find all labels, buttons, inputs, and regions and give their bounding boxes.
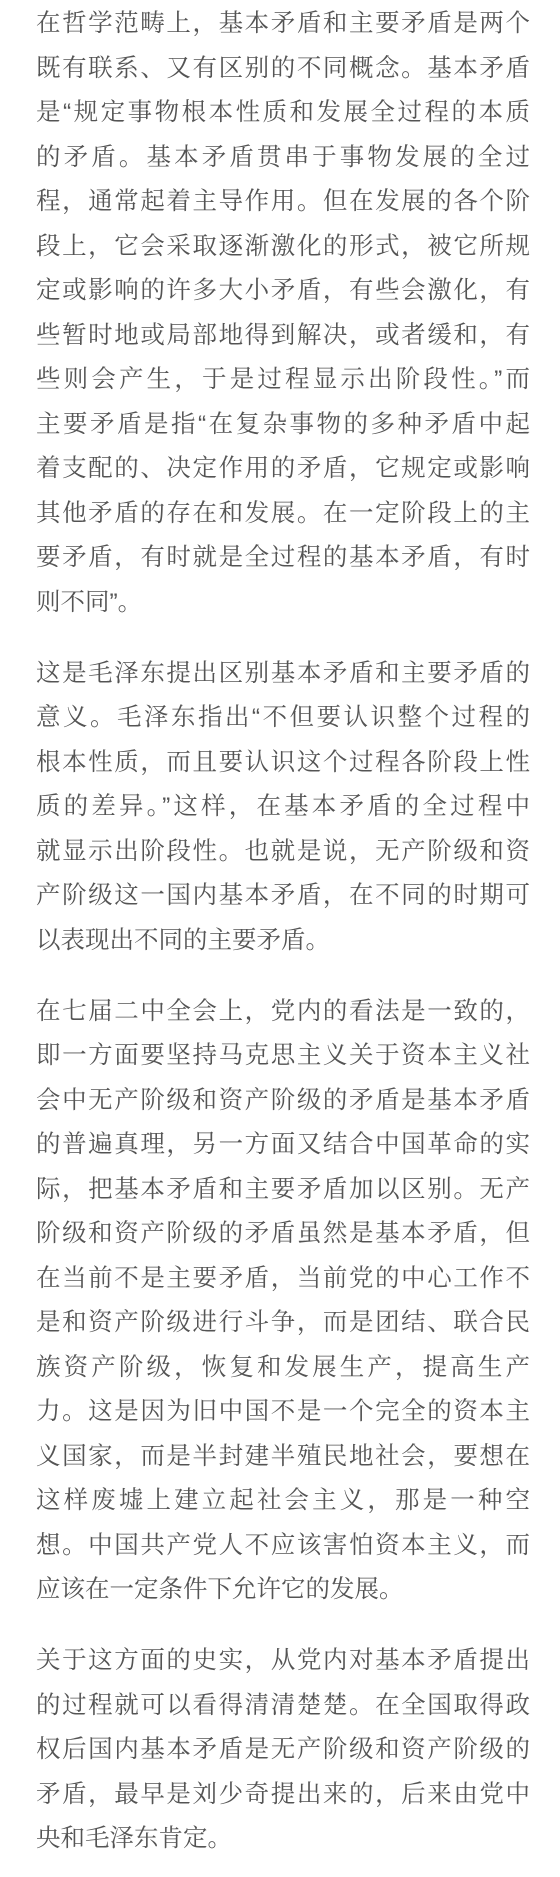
article-body: 在哲学范畴上，基本矛盾和主要矛盾是两个既有联系、又有区别的不同概念。基本矛盾是“… — [0, 0, 560, 1862]
text-line: 要矛盾，有时就是全过程的基本矛盾，有时 — [36, 536, 530, 581]
text-line: 在七届二中全会上，党内的看法是一致的， — [36, 990, 530, 1035]
text-line: 在哲学范畴上，基本矛盾和主要矛盾是两个 — [36, 2, 530, 47]
paragraph: 关于这方面的史实，从党内对基本矛盾提出的过程就可以看得清清楚楚。在全国取得政权后… — [36, 1639, 530, 1862]
text-line: 其他矛盾的存在和发展。在一定阶段上的主 — [36, 492, 530, 537]
text-line: 是和资产阶级进行斗争，而是团结、联合民 — [36, 1301, 530, 1346]
paragraph: 这是毛泽东提出区别基本矛盾和主要矛盾的意义。毛泽东指出“不但要认识整个过程的根本… — [36, 652, 530, 964]
text-line: 义国家，而是半封建半殖民地社会，要想在 — [36, 1435, 530, 1480]
text-line: 质的差异。”这样，在基本矛盾的全过程中 — [36, 785, 530, 830]
text-line: 是“规定事物根本性质和发展全过程的本质 — [36, 91, 530, 136]
text-line: 就显示出阶段性。也就是说，无产阶级和资 — [36, 830, 530, 875]
text-line: 主要矛盾是指“在复杂事物的多种矛盾中起 — [36, 403, 530, 448]
text-line: 以表现出不同的主要矛盾。 — [36, 919, 530, 964]
text-line: 族资产阶级，恢复和发展生产，提高生产 — [36, 1346, 530, 1391]
text-line: 力。这是因为旧中国不是一个完全的资本主 — [36, 1390, 530, 1435]
text-line: 矛盾，最早是刘少奇提出来的，后来由党中 — [36, 1773, 530, 1818]
text-line: 程，通常起着主导作用。但在发展的各个阶 — [36, 180, 530, 225]
text-line: 会中无产阶级和资产阶级的矛盾是基本矛盾 — [36, 1079, 530, 1124]
text-line: 即一方面要坚持马克思主义关于资本主义社 — [36, 1034, 530, 1079]
text-line: 央和毛泽东肯定。 — [36, 1817, 530, 1862]
paragraph: 在七届二中全会上，党内的看法是一致的，即一方面要坚持马克思主义关于资本主义社会中… — [36, 990, 530, 1613]
text-line: 着支配的、决定作用的矛盾，它规定或影响 — [36, 447, 530, 492]
text-line: 这样废墟上建立起社会主义，那是一种空 — [36, 1479, 530, 1524]
text-line: 定或影响的许多大小矛盾，有些会激化，有 — [36, 269, 530, 314]
text-line: 权后国内基本矛盾是无产阶级和资产阶级的 — [36, 1728, 530, 1773]
text-line: 则不同”。 — [36, 581, 530, 626]
text-line: 阶级和资产阶级的矛盾虽然是基本矛盾，但 — [36, 1212, 530, 1257]
text-line: 段上，它会采取逐渐激化的形式，被它所规 — [36, 225, 530, 270]
text-line: 关于这方面的史实，从党内对基本矛盾提出 — [36, 1639, 530, 1684]
text-line: 些则会产生，于是过程显示出阶段性。”而 — [36, 358, 530, 403]
text-line: 的过程就可以看得清清楚楚。在全国取得政 — [36, 1684, 530, 1729]
text-line: 想。中国共产党人不应该害怕资本主义，而 — [36, 1524, 530, 1569]
text-line: 应该在一定条件下允许它的发展。 — [36, 1568, 530, 1613]
text-line: 些暂时地或局部地得到解决，或者缓和，有 — [36, 314, 530, 359]
text-line: 意义。毛泽东指出“不但要认识整个过程的 — [36, 696, 530, 741]
text-line: 的矛盾。基本矛盾贯串于事物发展的全过 — [36, 136, 530, 181]
text-line: 在当前不是主要矛盾，当前党的中心工作不 — [36, 1257, 530, 1302]
text-line: 根本性质，而且要认识这个过程各阶段上性 — [36, 741, 530, 786]
paragraph: 在哲学范畴上，基本矛盾和主要矛盾是两个既有联系、又有区别的不同概念。基本矛盾是“… — [36, 2, 530, 625]
text-line: 际，把基本矛盾和主要矛盾加以区别。无产 — [36, 1168, 530, 1213]
text-line: 这是毛泽东提出区别基本矛盾和主要矛盾的 — [36, 652, 530, 697]
text-line: 的普遍真理，另一方面又结合中国革命的实 — [36, 1123, 530, 1168]
text-line: 既有联系、又有区别的不同概念。基本矛盾 — [36, 47, 530, 92]
text-line: 产阶级这一国内基本矛盾，在不同的时期可 — [36, 874, 530, 919]
